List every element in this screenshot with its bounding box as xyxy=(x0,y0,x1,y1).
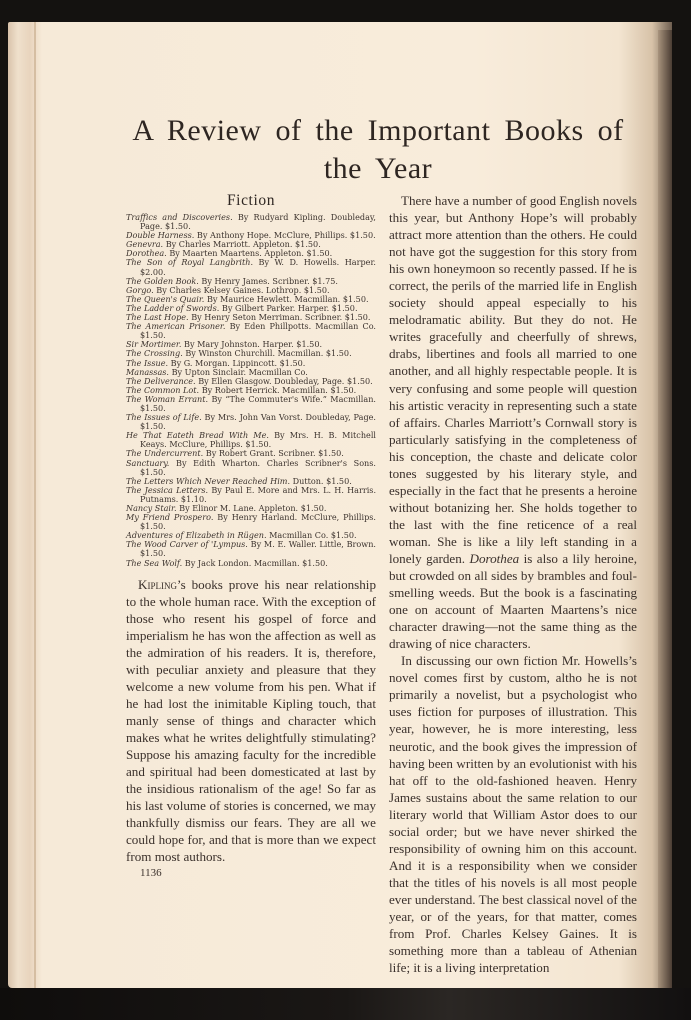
book-entry: Sanctuary. By Edith Wharton. Charles Scr… xyxy=(126,459,376,477)
book-title: The Sea Wolf. xyxy=(126,558,182,568)
right-column: There have a number of good English nove… xyxy=(389,192,637,976)
page-edge-shadow xyxy=(658,30,672,988)
book-entry: The American Prisoner. By Eden Phillpott… xyxy=(126,322,376,340)
book-entry: The Woman Errant. By “The Commuter's Wif… xyxy=(126,395,376,413)
book-entry: The Son of Royal Langbrith. By W. D. How… xyxy=(126,258,376,276)
fiction-book-list: Traffics and Discoveries. By Rudyard Kip… xyxy=(126,213,376,568)
kipling-paragraph: Kipling’s books prove his near relations… xyxy=(126,576,376,866)
book-entry: My Friend Prospero. By Henry Harland. Mc… xyxy=(126,513,376,531)
paragraph-text: ’s books prove his near relationship to … xyxy=(126,577,376,865)
book-entry: Traffics and Discoveries. By Rudyard Kip… xyxy=(126,213,376,231)
book-title: The Woman Errant. xyxy=(126,394,208,404)
english-novels-paragraph: There have a number of good English nove… xyxy=(389,192,637,652)
paragraph-text: is also a lily heroine, but crowded on a… xyxy=(389,551,637,651)
book-entry: The Wood Carver of 'Lympus. By M. E. Wal… xyxy=(126,540,376,558)
binding-gutter xyxy=(34,22,36,988)
fiction-heading: Fiction xyxy=(126,192,376,210)
lead-word: Kipling xyxy=(138,577,177,592)
left-column: Fiction Traffics and Discoveries. By Rud… xyxy=(126,192,376,879)
background-surface xyxy=(0,988,691,1020)
book-title-dorothea: Dorothea xyxy=(470,551,520,566)
book-details: By Edith Wharton. Charles Scribner's Son… xyxy=(140,458,376,477)
paragraph-text: There have a number of good English nove… xyxy=(389,193,637,566)
book-details: By Jack London. Macmillan. $1.50. xyxy=(185,558,328,568)
article-title: A Review of the Important Books of the Y… xyxy=(108,112,648,188)
book-entry: The Issues of Life. By Mrs. John Van Vor… xyxy=(126,413,376,431)
american-fiction-paragraph: In discussing our own fiction Mr. Howell… xyxy=(389,652,637,976)
book-entry: The Sea Wolf. By Jack London. Macmillan.… xyxy=(126,559,376,568)
page-number: 1136 xyxy=(126,867,376,879)
book-entry: The Jessica Letters. By Paul E. More and… xyxy=(126,486,376,504)
book-entry: He That Eateth Bread With Me. By Mrs. H.… xyxy=(126,431,376,449)
